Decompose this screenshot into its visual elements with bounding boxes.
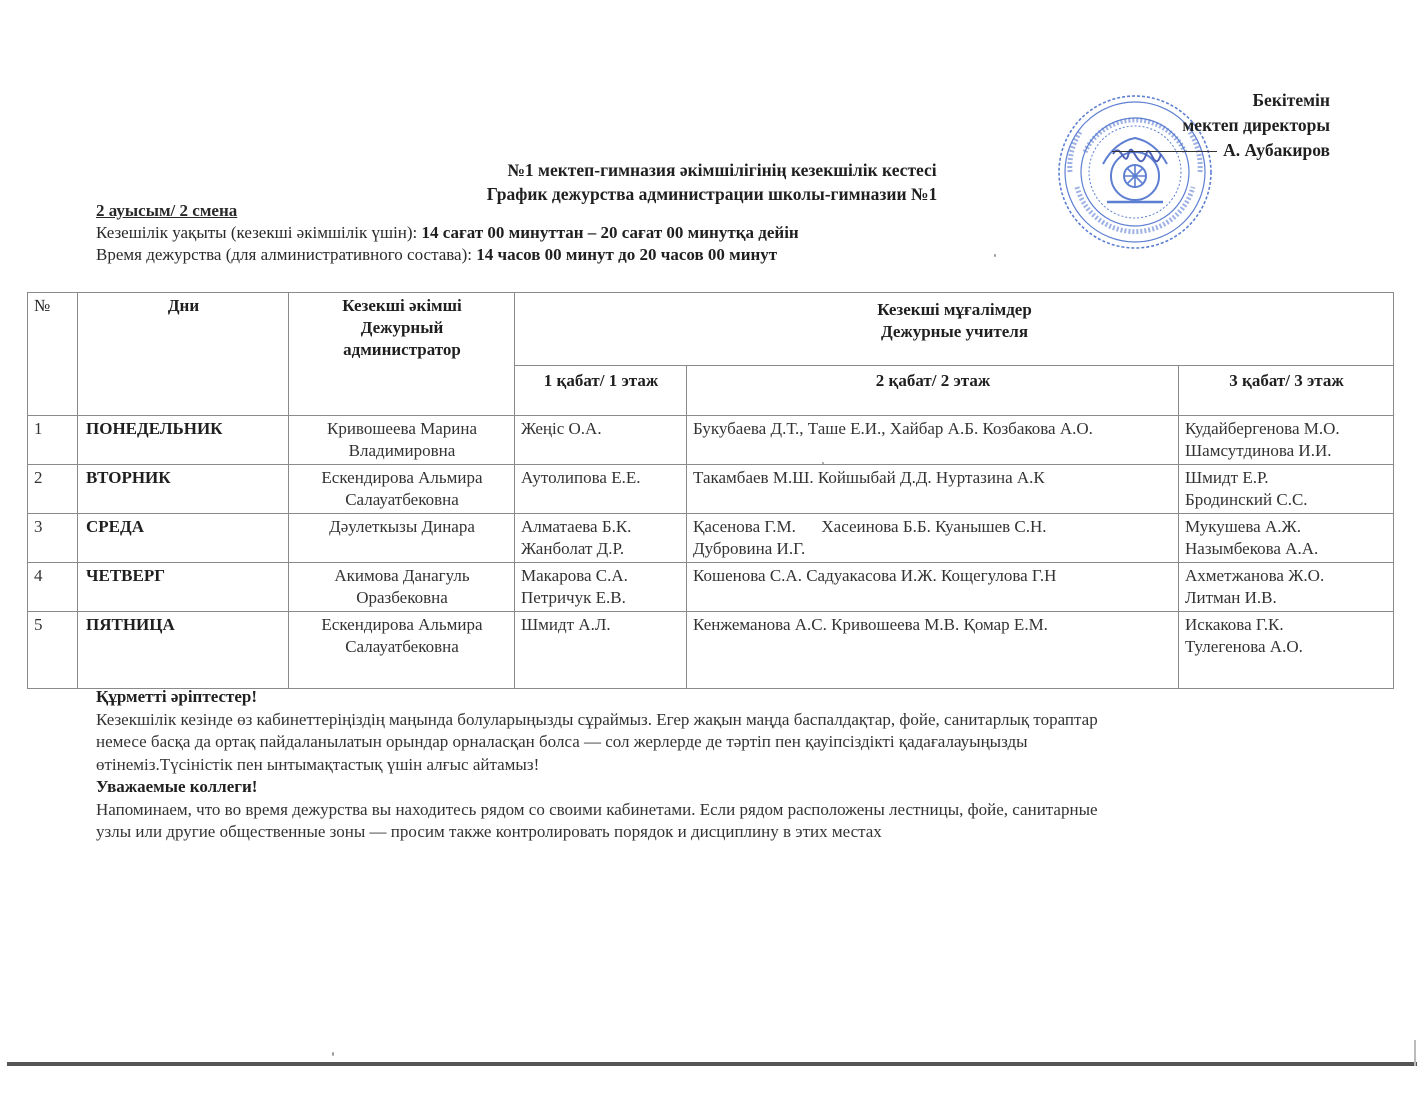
row-admin: Акимова ДанагульОразбековна bbox=[289, 563, 515, 612]
row-admin-line: Салауатбековна bbox=[295, 636, 509, 658]
row-floor-2-line: Кенжеманова А.С. Кривошеева М.В. Қомар Е… bbox=[693, 614, 1173, 636]
row-floor-3: Ахметжанова Ж.О.Литман И.В. bbox=[1179, 563, 1394, 612]
row-floor-3-line: Кудайбергенова М.О. bbox=[1185, 418, 1388, 440]
table-row: 4ЧЕТВЕРГАкимова ДанагульОразбековнаМакар… bbox=[28, 563, 1394, 612]
duty-time-kz-label: Кезешілік уақыты (кезекші әкімшілік үшін… bbox=[96, 223, 422, 242]
header-admin-kz: Кезекші әкімші bbox=[295, 295, 509, 317]
row-admin-line: Владимировна bbox=[295, 440, 509, 462]
row-floor-3-line: Искакова Г.К. bbox=[1185, 614, 1388, 636]
row-admin-line: Салауатбековна bbox=[295, 489, 509, 511]
table-row: 5ПЯТНИЦАЕскендирова АльмираСалауатбековн… bbox=[28, 612, 1394, 689]
schedule-intro: 2 ауысым/ 2 смена Кезешілік уақыты (кезе… bbox=[96, 200, 799, 266]
scan-speck bbox=[332, 1052, 334, 1056]
row-floor-2: Қасенова Г.М. Хасеинова Б.Б. Куанышев С.… bbox=[687, 514, 1179, 563]
row-number: 4 bbox=[28, 563, 78, 612]
row-floor-3-line: Шамсутдинова И.И. bbox=[1185, 440, 1388, 462]
row-admin-line: Дәулеткызы Динара bbox=[295, 516, 509, 538]
duty-schedule-table: № Дни Кезекші әкімші Дежурный администра… bbox=[27, 292, 1394, 689]
row-floor-1: Жеңіс О.А. bbox=[515, 416, 687, 465]
scan-edge-mark bbox=[1414, 1040, 1416, 1066]
notes-kz-line: өтінеміз.Түсіністік пен ынтымақтастық үш… bbox=[96, 754, 1336, 777]
schedule-body: 1ПОНЕДЕЛЬНИККривошеева МаринаВладимировн… bbox=[28, 416, 1394, 689]
row-floor-3-line: Литман И.В. bbox=[1185, 587, 1388, 609]
row-number: 2 bbox=[28, 465, 78, 514]
row-floor-1: Шмидт А.Л. bbox=[515, 612, 687, 689]
header-teachers-ru: Дежурные учителя bbox=[521, 321, 1388, 343]
table-row: 3СРЕДАДәулеткызы ДинараАлматаева Б.К.Жан… bbox=[28, 514, 1394, 563]
row-admin: Ескендирова АльмираСалауатбековна bbox=[289, 465, 515, 514]
notes-text-kz: Кезекшілік кезінде өз кабинеттеріңіздің … bbox=[96, 709, 1336, 777]
row-number: 5 bbox=[28, 612, 78, 689]
row-floor-2: Кенжеманова А.С. Кривошеева М.В. Қомар Е… bbox=[687, 612, 1179, 689]
row-floor-1: Аутолипова Е.Е. bbox=[515, 465, 687, 514]
header-floor-1: 1 қабат/ 1 этаж bbox=[515, 366, 687, 416]
duty-time-ru-value: 14 часов 00 минут до 20 часов 00 минут bbox=[476, 245, 777, 264]
notes-kz-line: Кезекшілік кезінде өз кабинеттеріңіздің … bbox=[96, 709, 1336, 732]
row-floor-1-line: Аутолипова Е.Е. bbox=[521, 467, 681, 489]
row-floor-2-line: Қасенова Г.М. Хасеинова Б.Б. Куанышев С.… bbox=[693, 516, 1173, 538]
row-day: ПЯТНИЦА bbox=[78, 612, 289, 689]
header-admin-ru-2: администратор bbox=[295, 339, 509, 361]
row-floor-2-line: Букубаева Д.Т., Таше Е.И., Хайбар А.Б. К… bbox=[693, 418, 1173, 440]
row-floor-2-line: Такамбаев М.Ш. Койшыбай Д.Д. Нуртазина А… bbox=[693, 467, 1173, 489]
row-admin-line: Кривошеева Марина bbox=[295, 418, 509, 440]
row-floor-1-line: Жанболат Д.Р. bbox=[521, 538, 681, 560]
row-admin-line: Оразбековна bbox=[295, 587, 509, 609]
row-floor-2-line: Дубровина И.Г. bbox=[693, 538, 1173, 560]
row-floor-3: Кудайбергенова М.О.Шамсутдинова И.И. bbox=[1179, 416, 1394, 465]
row-floor-2: Такамбаев М.Ш. Койшыбай Д.Д. Нуртазина А… bbox=[687, 465, 1179, 514]
table-row: 1ПОНЕДЕЛЬНИККривошеева МаринаВладимировн… bbox=[28, 416, 1394, 465]
row-floor-3-line: Бродинский С.С. bbox=[1185, 489, 1388, 511]
approval-position: мектеп директоры bbox=[1040, 113, 1330, 138]
row-admin-line: Акимова Данагуль bbox=[295, 565, 509, 587]
row-floor-1-line: Макарова С.А. bbox=[521, 565, 681, 587]
row-admin: Дәулеткызы Динара bbox=[289, 514, 515, 563]
row-floor-1-line: Петричук Е.В. bbox=[521, 587, 681, 609]
row-floor-1-line: Жеңіс О.А. bbox=[521, 418, 681, 440]
notes-heading-ru: Уважаемые коллеги! bbox=[96, 776, 1336, 799]
row-admin: Кривошеева МаринаВладимировна bbox=[289, 416, 515, 465]
row-floor-1-line: Шмидт А.Л. bbox=[521, 614, 681, 636]
document-title: №1 мектеп-гимназия әкімшілігінің кезекші… bbox=[200, 158, 1224, 206]
row-admin-line: Ескендирова Альмира bbox=[295, 467, 509, 489]
scan-speck bbox=[822, 462, 824, 464]
row-admin: Ескендирова АльмираСалауатбековна bbox=[289, 612, 515, 689]
notes-section: Құрметті әріптестер! Кезекшілік кезінде … bbox=[96, 686, 1336, 844]
row-floor-3: Искакова Г.К.Тулегенова А.О. bbox=[1179, 612, 1394, 689]
notes-kz-line: немесе басқа да ортақ пайдаланылатын оры… bbox=[96, 731, 1336, 754]
header-floor-3: 3 қабат/ 3 этаж bbox=[1179, 366, 1394, 416]
row-floor-1-line: Алматаева Б.К. bbox=[521, 516, 681, 538]
duty-time-ru: Время дежурства (для алминистративного с… bbox=[96, 244, 799, 266]
row-admin-line: Ескендирова Альмира bbox=[295, 614, 509, 636]
row-floor-3-line: Шмидт Е.Р. bbox=[1185, 467, 1388, 489]
notes-ru-line: Напоминаем, что во время дежурства вы на… bbox=[96, 799, 1336, 822]
duty-time-kz: Кезешілік уақыты (кезекші әкімшілік үшін… bbox=[96, 222, 799, 244]
row-day: СРЕДА bbox=[78, 514, 289, 563]
notes-text-ru: Напоминаем, что во время дежурства вы на… bbox=[96, 799, 1336, 844]
row-floor-3-line: Мукушева А.Ж. bbox=[1185, 516, 1388, 538]
row-floor-3-line: Ахметжанова Ж.О. bbox=[1185, 565, 1388, 587]
header-teachers-kz: Кезекші мұғалімдер bbox=[521, 299, 1388, 321]
duty-time-ru-label: Время дежурства (для алминистративного с… bbox=[96, 245, 476, 264]
row-day: ЧЕТВЕРГ bbox=[78, 563, 289, 612]
row-floor-2: Букубаева Д.Т., Таше Е.И., Хайбар А.Б. К… bbox=[687, 416, 1179, 465]
notes-ru-line: узлы или другие общественные зоны — прос… bbox=[96, 821, 1336, 844]
row-floor-2: Кошенова С.А. Садуакасова И.Ж. Кощегулов… bbox=[687, 563, 1179, 612]
row-day: ПОНЕДЕЛЬНИК bbox=[78, 416, 289, 465]
approval-block: Бекітемін мектеп директоры А. Аубакиров bbox=[1040, 88, 1330, 163]
scan-speck bbox=[994, 254, 996, 257]
scan-edge-line bbox=[7, 1062, 1417, 1066]
approval-title: Бекітемін bbox=[1040, 88, 1330, 113]
header-number: № bbox=[28, 293, 78, 416]
row-floor-1: Макарова С.А.Петричук Е.В. bbox=[515, 563, 687, 612]
duty-time-kz-value: 14 сағат 00 минуттан – 20 сағат 00 минут… bbox=[422, 223, 799, 242]
row-floor-3: Мукушева А.Ж.Назымбекова А.А. bbox=[1179, 514, 1394, 563]
header-admin-ru-1: Дежурный bbox=[295, 317, 509, 339]
header-teachers: Кезекші мұғалімдер Дежурные учителя bbox=[515, 293, 1394, 366]
row-floor-3-line: Тулегенова А.О. bbox=[1185, 636, 1388, 658]
notes-heading-kz: Құрметті әріптестер! bbox=[96, 686, 1336, 709]
header-floor-2: 2 қабат/ 2 этаж bbox=[687, 366, 1179, 416]
signature-line bbox=[1112, 151, 1217, 152]
header-days: Дни bbox=[78, 293, 289, 416]
row-floor-2-line: Кошенова С.А. Садуакасова И.Ж. Кощегулов… bbox=[693, 565, 1173, 587]
director-name: А. Аубакиров bbox=[1223, 140, 1330, 160]
row-number: 1 bbox=[28, 416, 78, 465]
title-kz: №1 мектеп-гимназия әкімшілігінің кезекші… bbox=[200, 158, 1224, 182]
table-row: 2ВТОРНИКЕскендирова АльмираСалауатбековн… bbox=[28, 465, 1394, 514]
row-floor-1: Алматаева Б.К.Жанболат Д.Р. bbox=[515, 514, 687, 563]
row-floor-3: Шмидт Е.Р.Бродинский С.С. bbox=[1179, 465, 1394, 514]
header-admin: Кезекші әкімші Дежурный администратор bbox=[289, 293, 515, 416]
shift-label: 2 ауысым/ 2 смена bbox=[96, 200, 799, 222]
row-day: ВТОРНИК bbox=[78, 465, 289, 514]
row-number: 3 bbox=[28, 514, 78, 563]
row-floor-3-line: Назымбекова А.А. bbox=[1185, 538, 1388, 560]
